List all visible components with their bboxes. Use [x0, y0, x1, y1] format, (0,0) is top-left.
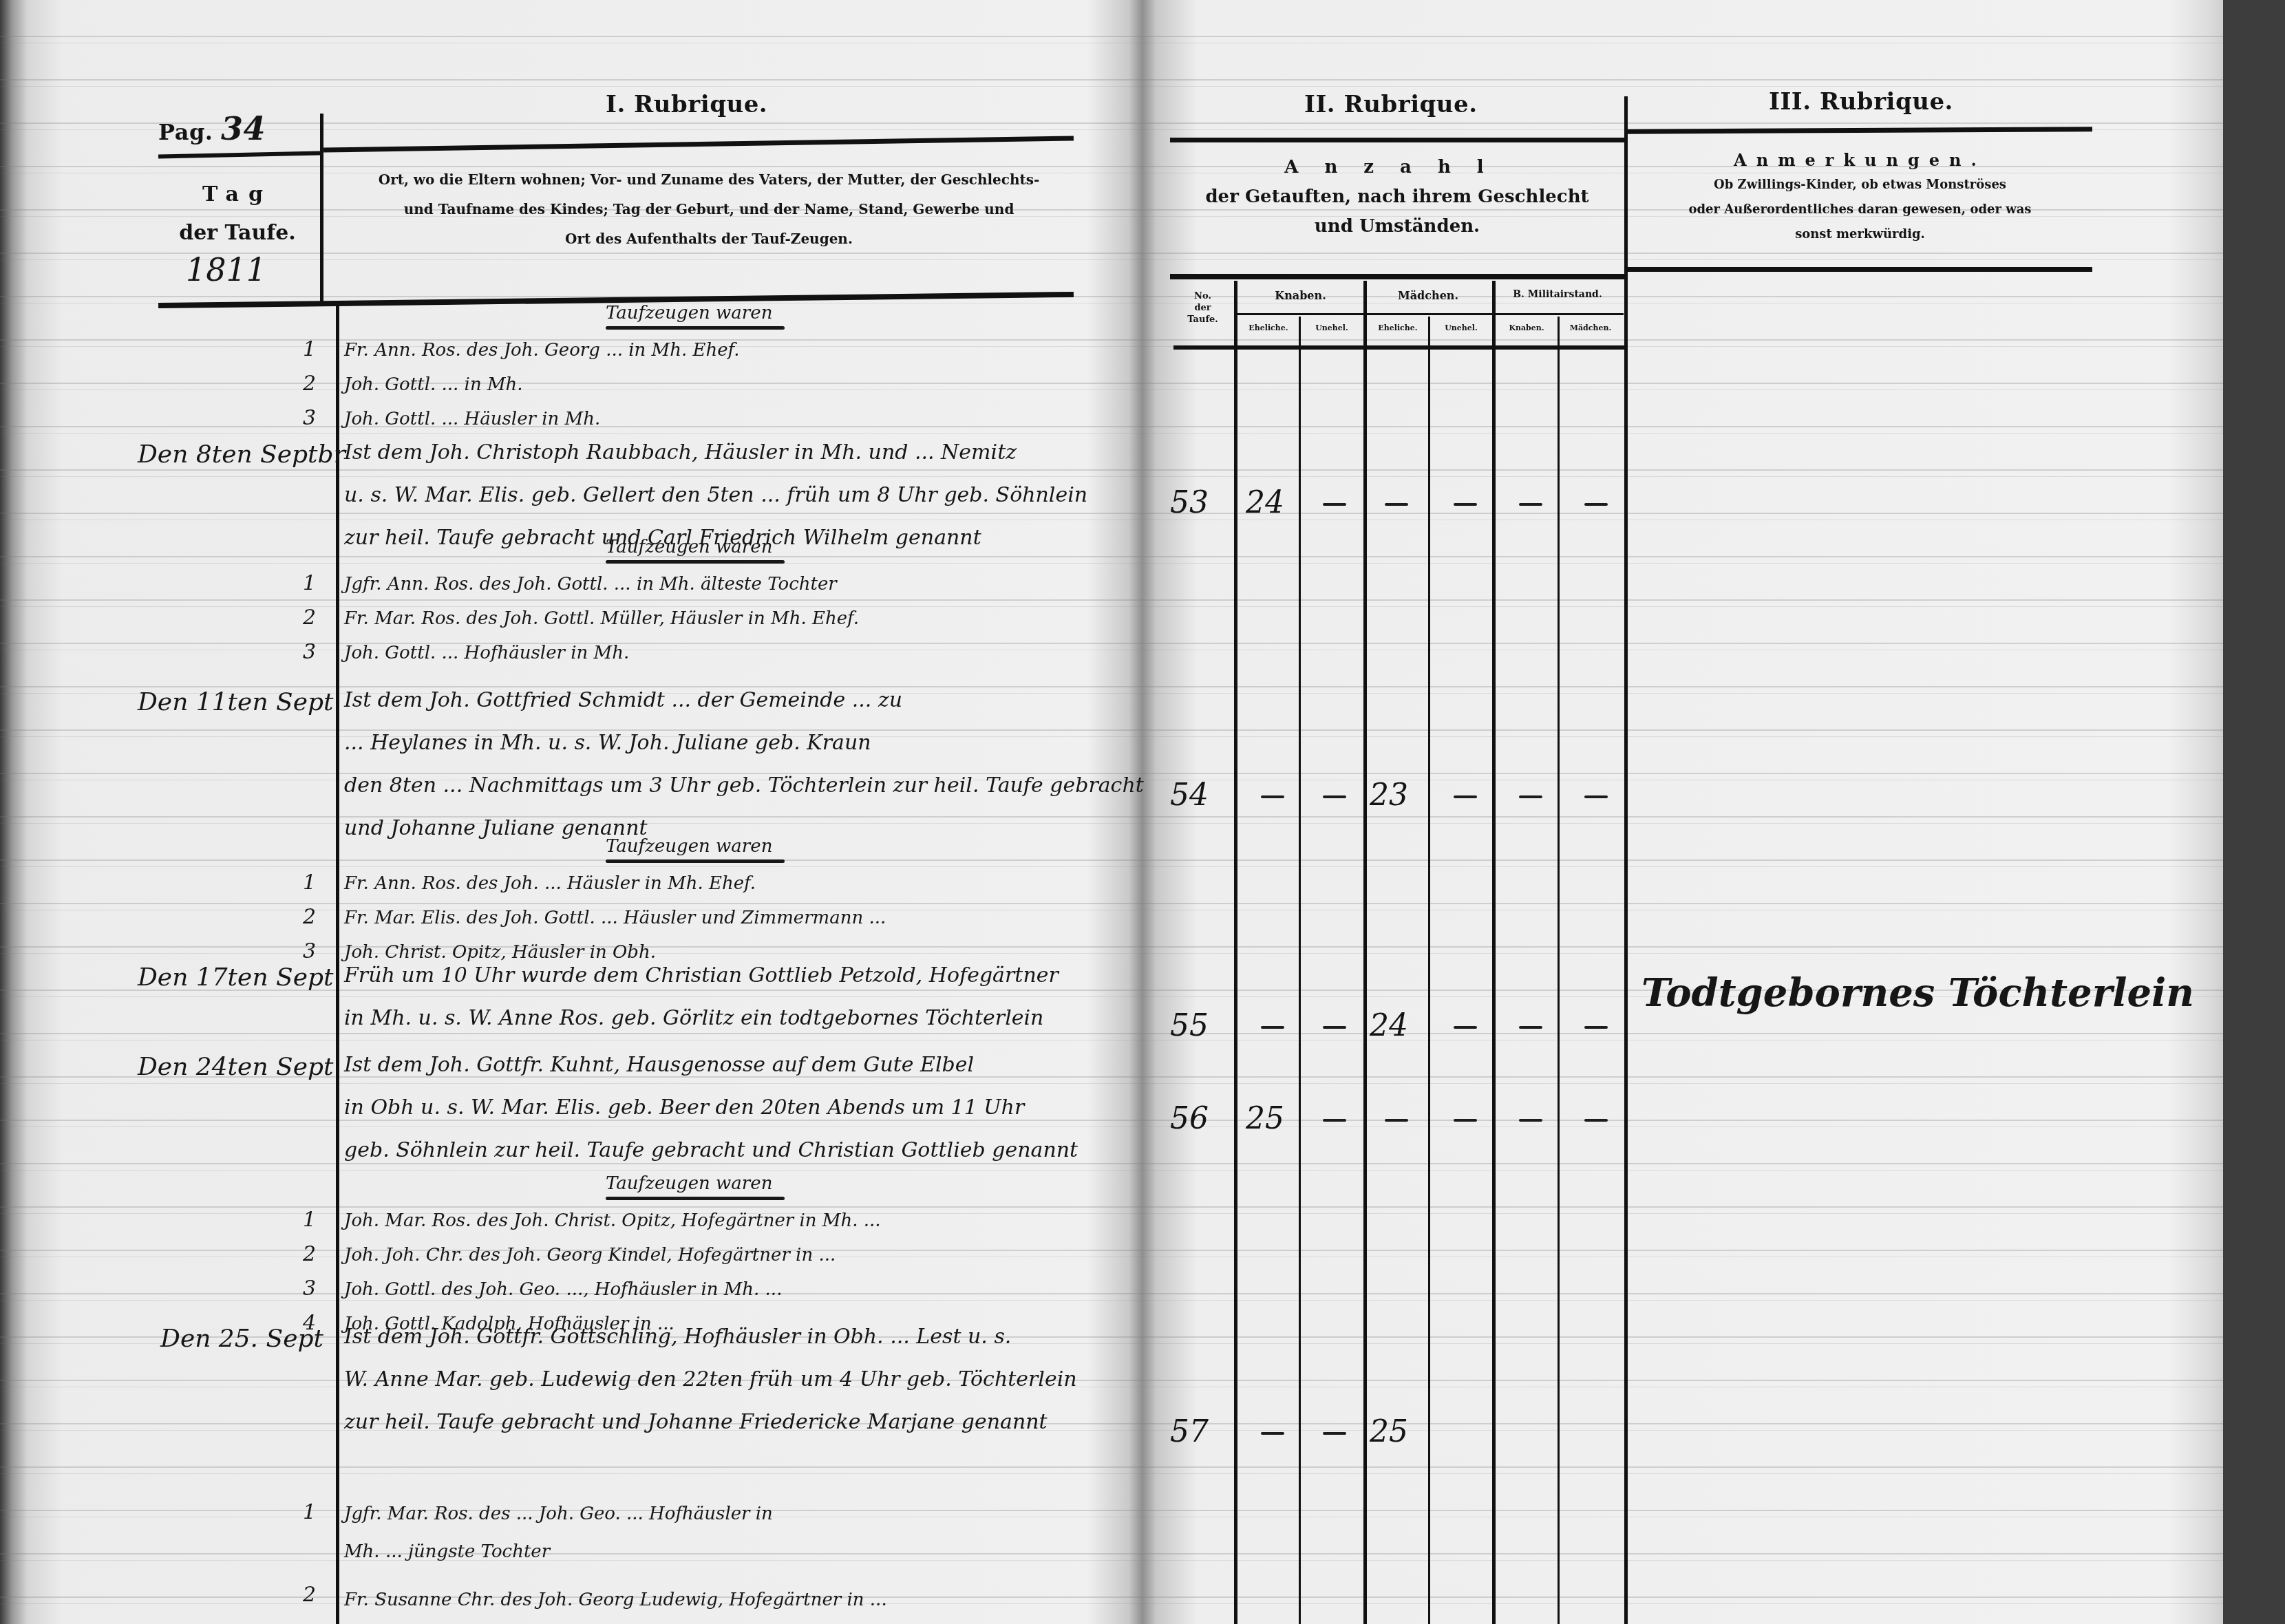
witness-line: Joh. Gottl. ... Häusler in Mh.	[344, 409, 600, 429]
military-girls-header: Mädchen.	[1559, 323, 1622, 332]
empty-count-dash	[1519, 503, 1542, 506]
empty-count-dash	[1519, 795, 1542, 798]
witness-index: 3	[303, 406, 316, 430]
entry-line: Ist dem Joh. Gottfr. Kuhnt, Hausgenosse …	[344, 1053, 974, 1077]
baptism-number: 56	[1170, 1101, 1209, 1136]
entry-line: u. s. W. Mar. Elis. geb. Gellert den 5te…	[344, 483, 1087, 507]
column-divider	[1428, 317, 1430, 1624]
empty-count-dash	[1454, 1026, 1477, 1029]
baptism-date: Den 24ten Sept	[138, 1053, 323, 1081]
baptism-number: 54	[1170, 778, 1209, 813]
witness-line: Joh. Gottl. des Joh. Geo. ..., Hofhäusle…	[344, 1279, 782, 1300]
witness-heading: Taufzeugen waren	[606, 1173, 772, 1194]
column-divider	[320, 114, 323, 303]
count-value: 24	[1246, 485, 1284, 520]
description-column-header: Ort, wo die Eltern wohnen; Vor- und Zuna…	[337, 165, 1081, 254]
underline	[606, 1197, 785, 1200]
witness-line: Fr. Mar. Elis. des Joh. Gottl. ... Häusl…	[344, 908, 886, 928]
empty-count-dash	[1323, 503, 1346, 506]
witness-line: Fr. Mar. Ros. des Joh. Gottl. Müller, Hä…	[344, 608, 859, 629]
witness-line: Jgfr. Mar. Ros. des ... Joh. Geo. ... Ho…	[344, 1504, 773, 1524]
baptism-number: 57	[1170, 1414, 1209, 1449]
witness-line: Joh. Gottl. ... in Mh.	[344, 374, 523, 395]
entry-line: in Mh. u. s. W. Anne Ros. geb. Görlitz e…	[344, 1006, 1043, 1030]
count-value: 23	[1370, 778, 1408, 813]
entry-line: Ist dem Joh. Christoph Raubbach, Häusler…	[344, 440, 1017, 464]
witness-index: 3	[303, 939, 316, 963]
witness-index: 2	[303, 1242, 316, 1266]
boys-legit-header: Eheliche.	[1237, 323, 1300, 332]
column-divider	[1558, 317, 1560, 1624]
boys-illegit-header: Unehel.	[1300, 323, 1363, 332]
witness-line: Joh. Joh. Chr. des Joh. Georg Kindel, Ho…	[344, 1245, 836, 1265]
empty-count-dash	[1323, 795, 1346, 798]
witness-line: Joh. Mar. Ros. des Joh. Christ. Opitz, H…	[344, 1210, 881, 1231]
empty-count-dash	[1584, 1026, 1608, 1029]
baptism-date: Den 17ten Sept	[138, 963, 323, 992]
girls-illegit-header: Unehel.	[1430, 323, 1493, 332]
empty-count-dash	[1584, 503, 1608, 506]
witness-index: 1	[303, 337, 316, 361]
witness-line: Joh. Gottl. ... Hofhäusler in Mh.	[344, 643, 629, 663]
empty-count-dash	[1261, 1026, 1284, 1029]
underline	[606, 326, 785, 330]
page-number-label: Pag. 34	[158, 110, 266, 147]
no-column-header: No.derTaufe.	[1173, 290, 1232, 325]
witness-index: 2	[303, 606, 316, 630]
rule	[1628, 267, 2092, 272]
rule	[1237, 313, 1624, 315]
empty-count-dash	[1323, 1026, 1346, 1029]
witness-line: Fr. Ann. Ros. des Joh. ... Häusler in Mh…	[344, 873, 756, 894]
column-divider	[1363, 281, 1367, 1624]
entry-line: in Obh u. s. W. Mar. Elis. geb. Beer den…	[344, 1096, 1024, 1120]
count-value: 24	[1370, 1008, 1408, 1043]
rubric-2-title: II. Rubrique.	[1304, 91, 1478, 118]
empty-count-dash	[1261, 1432, 1284, 1435]
column-divider	[1234, 281, 1237, 1624]
empty-count-dash	[1385, 503, 1408, 506]
witness-heading: Taufzeugen waren	[606, 537, 772, 557]
entry-line: geb. Söhnlein zur heil. Taufe gebracht u…	[344, 1138, 1078, 1162]
remarks-header: Anmerkungen. Ob Zwillings-Kinder, ob etw…	[1628, 148, 2092, 247]
witness-heading: Taufzeugen waren	[606, 303, 772, 323]
empty-count-dash	[1454, 1119, 1477, 1122]
boys-header: Knaben.	[1237, 289, 1364, 302]
witness-index: 2	[303, 905, 316, 929]
witness-line: Mh. ... jüngste Tochter	[344, 1541, 550, 1562]
empty-count-dash	[1519, 1026, 1542, 1029]
witness-index: 3	[303, 640, 316, 664]
baptism-date: Den 11ten Sept	[138, 688, 323, 716]
empty-count-dash	[1323, 1119, 1346, 1122]
entry-line: W. Anne Mar. geb. Ludewig den 22ten früh…	[344, 1367, 1077, 1391]
entry-line: den 8ten ... Nachmittags um 3 Uhr geb. T…	[344, 773, 1144, 798]
underline	[606, 859, 785, 863]
baptism-date: Den 25. Sept	[138, 1325, 323, 1353]
column-divider	[1299, 317, 1301, 1624]
witness-index: 1	[303, 1500, 316, 1524]
empty-count-dash	[1584, 1119, 1608, 1122]
year: 1811	[186, 251, 266, 288]
witness-index: 2	[303, 372, 316, 396]
rubric-1-title: I. Rubrique.	[606, 91, 767, 118]
rubric-3-title: III. Rubrique.	[1769, 88, 1953, 116]
empty-count-dash	[1584, 795, 1608, 798]
witness-line: Jgfr. Ann. Ros. des Joh. Gottl. ... in M…	[344, 574, 837, 595]
witness-index: 2	[303, 1583, 316, 1607]
empty-count-dash	[1385, 1119, 1408, 1122]
remark: Todtgebornes Töchterlein	[1641, 970, 2194, 1016]
witness-line: Fr. Susanne Chr. des Joh. Georg Ludewig,…	[344, 1590, 887, 1610]
girls-header: Mädchen.	[1366, 289, 1490, 302]
empty-count-dash	[1454, 503, 1477, 506]
column-divider	[336, 303, 339, 1624]
witness-line: Fr. Ann. Ros. des Joh. Georg ... in Mh. …	[344, 340, 740, 361]
day-column-header: Tag der Taufe.	[162, 175, 313, 253]
witness-line: Joh. Christ. Opitz, Häusler in Obh.	[344, 942, 656, 963]
witness-index: 1	[303, 1208, 316, 1232]
entry-line: Früh um 10 Uhr wurde dem Christian Gottl…	[344, 963, 1059, 987]
witness-index: 1	[303, 870, 316, 895]
baptism-number: 55	[1170, 1008, 1209, 1043]
rule	[1170, 274, 1628, 279]
entry-line: und Johanne Juliane genannt	[344, 816, 648, 840]
empty-count-dash	[1519, 1119, 1542, 1122]
empty-count-dash	[1454, 795, 1477, 798]
column-divider	[1624, 96, 1628, 1624]
military-boys-header: Knaben.	[1495, 323, 1558, 332]
entry-line: Ist dem Joh. Gottfr. Gottschling, Hofhäu…	[344, 1325, 1011, 1349]
witness-index: 1	[303, 571, 316, 595]
girls-legit-header: Eheliche.	[1366, 323, 1430, 332]
baptism-date: Den 8ten Septbr	[138, 440, 323, 469]
witness-index: 3	[303, 1276, 316, 1301]
scan-background	[2223, 0, 2285, 1624]
count-value: 25	[1370, 1414, 1408, 1449]
entry-line: Ist dem Joh. Gottfried Schmidt ... der G…	[344, 688, 902, 712]
count-value: 25	[1246, 1101, 1284, 1136]
witness-heading: Taufzeugen waren	[606, 836, 772, 857]
rule	[1170, 138, 1624, 142]
rule	[1173, 345, 1624, 350]
underline	[606, 560, 785, 564]
military-header: B. Militairstand.	[1492, 289, 1623, 300]
empty-count-dash	[1323, 1432, 1346, 1435]
empty-count-dash	[1261, 795, 1284, 798]
column-divider	[1492, 281, 1496, 1624]
baptism-number: 53	[1170, 485, 1209, 520]
entry-line: ... Heylanes in Mh. u. s. W. Joh. Julian…	[344, 731, 871, 755]
entry-line: zur heil. Taufe gebracht und Johanne Fri…	[344, 1410, 1048, 1434]
count-header: Anzahl der Getauften, nach ihrem Geschle…	[1170, 153, 1624, 242]
